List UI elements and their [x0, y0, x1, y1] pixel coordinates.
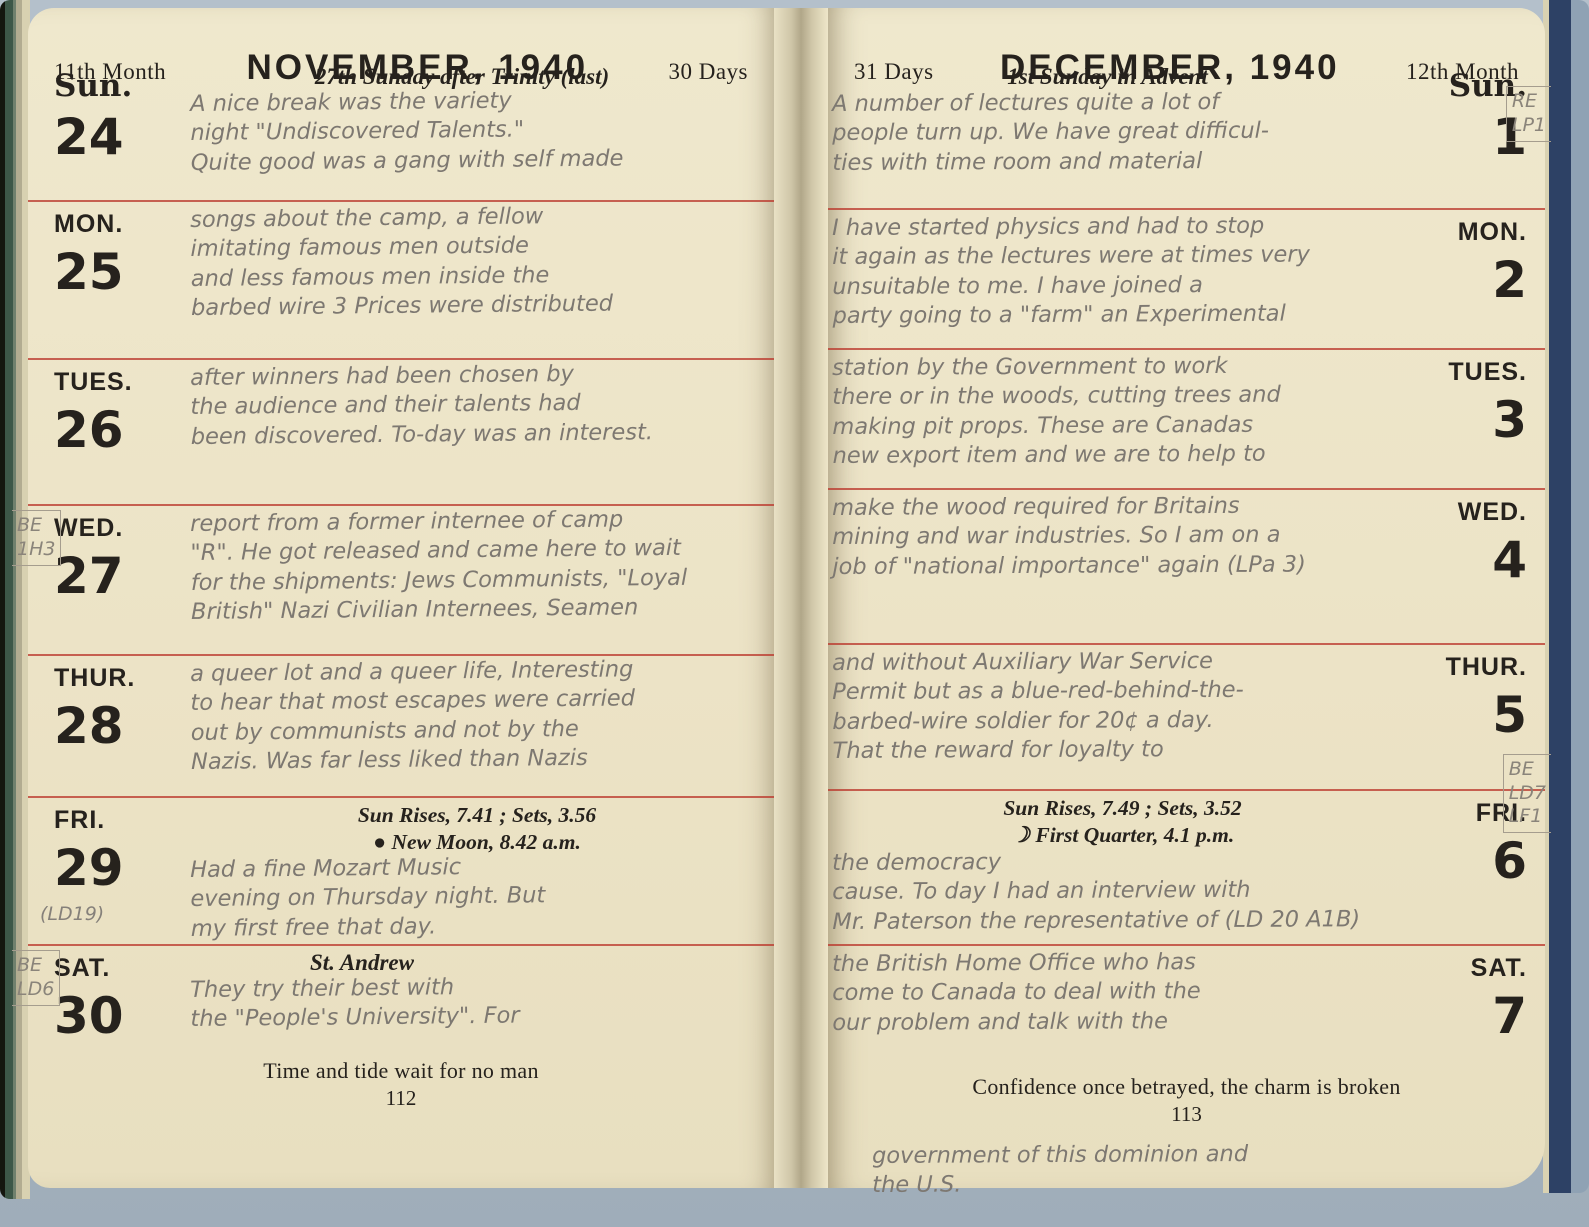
handwritten-entry: a queer lot and a queer life, Interestin…	[190, 654, 765, 777]
day-label: SAT.	[54, 954, 178, 983]
day-content: I have started physics and had to stop i…	[828, 212, 1423, 348]
day-row-dec-7: the British Home Office who has come to …	[828, 946, 1545, 1068]
day-number: 25	[54, 247, 178, 297]
day-number: 28	[54, 701, 178, 751]
day-column: WED. 4	[1423, 492, 1545, 643]
day-label: THUR.	[1427, 653, 1527, 682]
diary-book: 11th Month NOVEMBER, 1940 30 Days Sun. 2…	[28, 8, 1545, 1188]
day-number: 27	[54, 551, 178, 601]
day-number: 26	[54, 405, 178, 455]
day-row-nov-27: BE 1H3 WED. 27 report from a former inte…	[28, 506, 774, 656]
handwritten-entry: make the wood required for Britains mini…	[832, 491, 1413, 582]
book-cover-edge-right	[1543, 0, 1589, 1193]
day-column: MON. 2	[1423, 212, 1545, 348]
footer-motto: Time and tide wait for no man	[28, 1058, 774, 1084]
handwritten-entry: songs about the camp, a fellow imitating…	[190, 200, 765, 323]
handwritten-entry: A number of lectures quite a lot of peop…	[832, 87, 1413, 178]
book-gutter	[774, 8, 828, 1188]
day-label: WED.	[1427, 498, 1527, 527]
day-content: report from a former internee of camp "R…	[186, 508, 774, 654]
day-row-nov-30: BE LD6 SAT. 30 St. Andrew They try their…	[28, 946, 774, 1052]
day-number: 24	[54, 112, 178, 162]
day-label: WED.	[54, 514, 178, 543]
day-label: TUES.	[1427, 358, 1527, 387]
day-number: 6	[1427, 836, 1527, 886]
almanac-sun-moon-text: Sun Rises, 7.41 ; Sets, 3.56 ● New Moon,…	[190, 802, 764, 856]
handwritten-overflow-entry: government of this dominion and the U.S.	[872, 1138, 1512, 1200]
day-row-dec-6: Sun Rises, 7.49 ; Sets, 3.52 ☽ First Qua…	[828, 791, 1545, 946]
day-content: the British Home Office who has come to …	[828, 948, 1423, 1068]
day-label: TUES.	[54, 368, 178, 397]
day-row-nov-25: MON. 25 songs about the camp, a fellow i…	[28, 202, 774, 360]
handwritten-entry: the democracy cause. To day I had an int…	[832, 846, 1413, 937]
day-content: Sun Rises, 7.41 ; Sets, 3.56 ● New Moon,…	[186, 800, 774, 944]
day-row-dec-5: BE LD7 LF1 and without Auxiliary War Ser…	[828, 645, 1545, 791]
day-content: make the wood required for Britains mini…	[828, 492, 1423, 643]
day-label: SAT.	[1427, 954, 1527, 983]
handwritten-entry: A nice break was the variety night "Undi…	[190, 84, 765, 178]
margin-note: BE LD7 LF1	[1503, 754, 1551, 833]
page-november: 11th Month NOVEMBER, 1940 30 Days Sun. 2…	[28, 8, 774, 1188]
day-number: 30	[54, 991, 178, 1041]
day-content: St. Andrew They try their best with the …	[186, 948, 774, 1052]
day-label: MON.	[1427, 218, 1527, 247]
handwritten-entry: after winners had been chosen by the aud…	[190, 358, 765, 452]
day-content: Sun Rises, 7.49 ; Sets, 3.52 ☽ First Qua…	[828, 793, 1423, 944]
day-row-nov-24: Sun. 24 27th Sunday after Trinity (last)…	[28, 60, 774, 202]
day-label: Sun.	[54, 68, 178, 104]
day-column: THUR. 28	[28, 658, 186, 796]
day-row-nov-26: TUES. 26 after winners had been chosen b…	[28, 360, 774, 506]
day-content: a queer lot and a queer life, Interestin…	[186, 658, 774, 796]
page-number: 113	[828, 1102, 1545, 1127]
day-row-dec-2: I have started physics and had to stop i…	[828, 210, 1545, 350]
day-number: 5	[1427, 690, 1527, 740]
day-label: FRI.	[54, 806, 178, 835]
day-row-nov-29: FRI. 29 (LD19) Sun Rises, 7.41 ; Sets, 3…	[28, 798, 774, 946]
november-header: 11th Month NOVEMBER, 1940 30 Days	[28, 8, 774, 60]
day-row-dec-3: station by the Government to work there …	[828, 350, 1545, 490]
day-column: SAT. 7	[1423, 948, 1545, 1068]
day-row-nov-28: THUR. 28 a queer lot and a queer life, I…	[28, 656, 774, 798]
day-content: and without Auxiliary War Service Permit…	[828, 647, 1423, 789]
footer-motto: Confidence once betrayed, the charm is b…	[828, 1074, 1545, 1100]
day-number: 7	[1427, 991, 1527, 1041]
day-column: Sun. 24	[28, 62, 186, 200]
day-content: songs about the camp, a fellow imitating…	[186, 204, 774, 358]
margin-note: (LD19)	[40, 903, 178, 925]
november-footer: Time and tide wait for no man 112	[28, 1058, 774, 1111]
day-content: station by the Government to work there …	[828, 352, 1423, 488]
handwritten-entry: Had a fine Mozart Music evening on Thurs…	[190, 850, 765, 944]
day-label: THUR.	[54, 664, 178, 693]
day-column: TUES. 26	[28, 362, 186, 504]
day-content: 27th Sunday after Trinity (last) A nice …	[186, 62, 774, 200]
margin-note: BE LD6	[12, 950, 60, 1006]
day-number: 29	[54, 843, 178, 893]
margin-note: RE LP1	[1506, 86, 1551, 142]
handwritten-entry: station by the Government to work there …	[832, 351, 1414, 471]
day-label: MON.	[54, 210, 178, 239]
day-column: FRI. 29 (LD19)	[28, 800, 186, 944]
day-number: 4	[1427, 535, 1527, 585]
day-column: MON. 25	[28, 204, 186, 358]
day-row-dec-1: RE LP1 1st Sunday in Advent A number of …	[828, 60, 1545, 210]
day-column: TUES. 3	[1423, 352, 1545, 488]
day-content: after winners had been chosen by the aud…	[186, 362, 774, 504]
almanac-sun-moon-text: Sun Rises, 7.49 ; Sets, 3.52 ☽ First Qua…	[832, 795, 1413, 849]
page-december: 31 Days DECEMBER, 1940 12th Month RE LP1…	[828, 8, 1545, 1188]
day-number: 2	[1427, 255, 1527, 305]
margin-note: BE 1H3	[12, 510, 61, 566]
december-header: 31 Days DECEMBER, 1940 12th Month	[828, 8, 1545, 60]
book-cover-edge-left	[0, 0, 30, 1199]
handwritten-entry: report from a former internee of camp "R…	[190, 504, 765, 627]
feast-day-label: 1st Sunday in Advent	[832, 64, 1413, 90]
handwritten-entry: They try their best with the "People's U…	[190, 970, 765, 1035]
diary-scan: 11th Month NOVEMBER, 1940 30 Days Sun. 2…	[0, 0, 1589, 1227]
handwritten-entry: the British Home Office who has come to …	[832, 947, 1413, 1038]
handwritten-entry: I have started physics and had to stop i…	[832, 211, 1414, 331]
day-row-dec-4: make the wood required for Britains mini…	[828, 490, 1545, 645]
day-content: 1st Sunday in Advent A number of lecture…	[828, 62, 1423, 208]
day-number: 3	[1427, 395, 1527, 445]
handwritten-entry: and without Auxiliary War Service Permit…	[832, 646, 1414, 766]
december-footer: Confidence once betrayed, the charm is b…	[828, 1074, 1545, 1127]
page-number: 112	[28, 1086, 774, 1111]
